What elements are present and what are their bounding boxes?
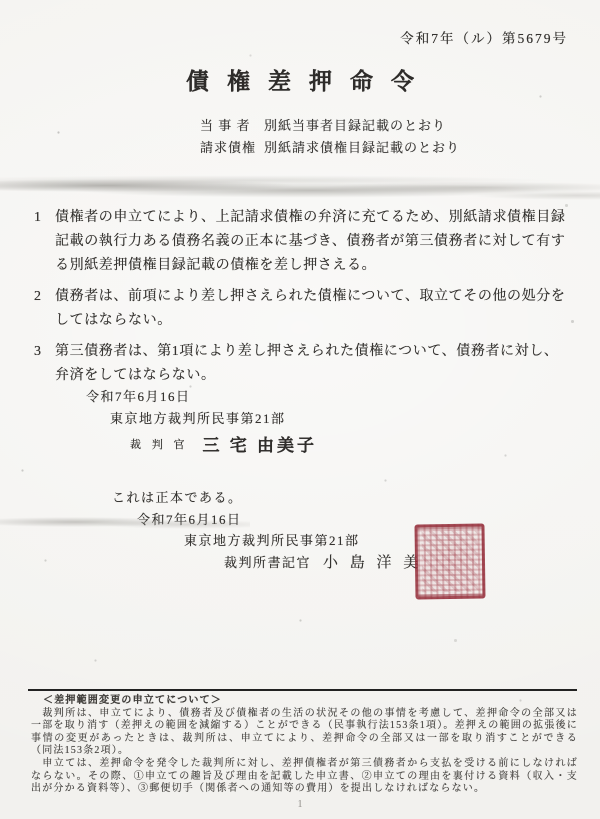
footnote-paragraph-1: 裁判所は、申立てにより、債務者及び債権者の生活の状況その他の事情を考慮して、差押… (31, 708, 578, 758)
page-number: 1 (0, 799, 600, 810)
order-date: 令和7年6月16日 (86, 386, 191, 405)
scan-noise-speckles (0, 0, 1, 1)
document-title: 債権差押命令 (0, 63, 600, 96)
order-clauses: 1債権者の申立てにより、上記請求債権の弁済に充てるため、別紙請求債権目録記載の執… (34, 206, 569, 388)
judge-name: 三 宅 由美子 (203, 436, 318, 455)
parties-label: 当 事 者 (200, 115, 258, 137)
claim-row: 請求債権 別紙請求債権目録記載のとおり (200, 137, 460, 159)
parties-value: 別紙当事者目録記載のとおり (264, 115, 446, 137)
claim-value: 別紙請求債権目録記載のとおり (264, 137, 460, 159)
footnote-heading: ＜差押範囲変更の申立てについて＞ (43, 695, 578, 708)
clause-1-text: 債権者の申立てにより、上記請求債権の弁済に充てるため、別紙請求債権目録記載の執行… (55, 210, 565, 273)
certification-court: 東京地方裁判所民事第21部 (184, 530, 360, 549)
judge-signature-line: 裁 判 官三 宅 由美子 (130, 431, 317, 456)
clerk-title: 裁判所書記官 (224, 555, 311, 570)
clause-3-number: 3 (34, 340, 55, 364)
scan-smudge-band (0, 173, 600, 203)
clause-3: 3第三債務者は、第1項により差し押さえられた債権について、債務者に対し、弁済をし… (34, 340, 569, 388)
court-clerk-seal-stamp-icon (414, 524, 485, 600)
footnote-block: ＜差押範囲変更の申立てについて＞ 裁判所は、申立てにより、債務者及び債権者の生活… (31, 695, 578, 796)
footnote-paragraph-2: 申立ては、差押命令を発令した裁判所に対し、差押債権者が第三債務者から支払を受ける… (31, 758, 578, 796)
judge-title: 裁 判 官 (130, 439, 189, 451)
clerk-signature-line: 裁判所書記官小 島 洋 美 (224, 551, 422, 572)
clause-2-number: 2 (34, 285, 55, 309)
seal-pattern (422, 531, 479, 593)
claim-label: 請求債権 (200, 137, 258, 159)
parties-row: 当 事 者 別紙当事者目録記載のとおり (200, 115, 460, 137)
clerk-name: 小 島 洋 美 (323, 555, 422, 571)
certification-date: 令和7年6月16日 (137, 509, 242, 528)
party-block: 当 事 者 別紙当事者目録記載のとおり 請求債権 別紙請求債権目録記載のとおり (200, 115, 460, 159)
certification-statement: これは正本である。 (112, 487, 243, 506)
case-number: 令和7年（ル）第5679号 (400, 27, 568, 47)
order-court: 東京地方裁判所民事第21部 (110, 408, 286, 427)
clause-1-number: 1 (34, 206, 55, 230)
clause-2: 2債務者は、前項により差し押さえられた債権について、取立てその他の処分をしてはな… (34, 285, 569, 333)
clause-1: 1債権者の申立てにより、上記請求債権の弁済に充てるため、別紙請求債権目録記載の執… (34, 206, 569, 278)
footnote-divider (28, 689, 577, 691)
clause-2-text: 債務者は、前項により差し押さえられた債権について、取立てその他の処分をしてはなら… (55, 289, 565, 328)
clause-3-text: 第三債務者は、第1項により差し押さえられた債権について、債務者に対し、弁済をして… (55, 344, 558, 383)
scanned-court-order-page: 令和7年（ル）第5679号 債権差押命令 当 事 者 別紙当事者目録記載のとおり… (0, 0, 600, 819)
